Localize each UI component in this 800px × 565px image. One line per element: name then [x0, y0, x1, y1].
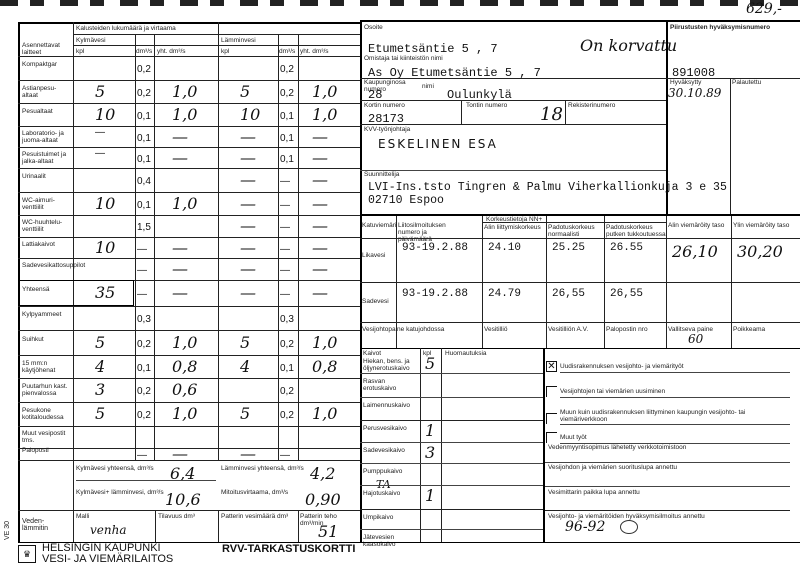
address-note: On korvattu — [580, 36, 677, 55]
hot-flow-cell: — — [280, 289, 290, 300]
fixture-name: Puutarhun kast. pienvalossa — [22, 383, 72, 397]
returned-label: Palautettu — [732, 79, 761, 86]
pressure-value: 60 — [688, 332, 703, 346]
hot-flow-cell: — — [280, 222, 290, 233]
approved-value: 30.10.89 — [668, 86, 721, 100]
cold-flow-cell: 0,1 — [137, 363, 151, 374]
fixture-name: Pesualtaat — [22, 108, 72, 115]
sewer-cell-normal: 25.25 — [552, 242, 585, 254]
heater-label: Veden-lämmitin — [22, 518, 70, 532]
cold-flow-cell: 0,4 — [137, 176, 151, 187]
scan-top-edge — [0, 0, 800, 6]
approved-label: Hyväksytty — [670, 79, 701, 86]
sewer-cell-max-level: 30,20 — [737, 242, 783, 261]
hot-total-value: 4,2 — [310, 464, 335, 483]
sewer-header: Alin viemäröity taso — [668, 222, 730, 229]
cold-total-cell: 0,8 — [172, 357, 197, 376]
well-name: Rasvan erotuskaivo — [363, 378, 419, 392]
cold-flow-cell: 0,2 — [137, 339, 151, 350]
cold-total-cell: 1,0 — [172, 404, 197, 423]
fixture-name: Paloposti — [22, 447, 72, 454]
total-box — [18, 280, 134, 306]
fixture-name: Urinaalit — [22, 173, 72, 180]
sale-contract-label: Vedenmyyntisopimus lähetetty verkkotoimi… — [548, 444, 686, 451]
col-total-hot: yht. dm³/s — [300, 48, 329, 55]
cold-total-cell: — — [172, 148, 188, 167]
sewer-header: Padotuskorkeus putken tukkoutuessa — [606, 224, 668, 238]
hot-kpl-cell: — — [240, 216, 256, 235]
hot-total-cell: — — [312, 148, 328, 167]
plot-label: Tontin numero — [466, 102, 507, 109]
wells-header: Kaivot — [363, 350, 381, 357]
hot-kpl-cell: — — [240, 148, 256, 167]
hot-kpl-cell: — — [240, 170, 256, 189]
hot-flow-cell: 0,1 — [280, 133, 294, 144]
col-total-cold: yht. dm³/s — [157, 48, 186, 55]
cold-total-cell: 1,0 — [172, 194, 197, 213]
fixture-name: Sadevesikattosuppilot — [22, 262, 72, 269]
hot-flow-cell: 0,2 — [280, 386, 294, 397]
work-type-checkbox[interactable]: ✕ — [546, 361, 557, 372]
hot-total-cell: — — [312, 127, 328, 146]
cold-total-cell: 1,0 — [172, 105, 197, 124]
well-name: Laimennuskaivo — [363, 402, 419, 409]
well-name: Hajotuskaivo — [363, 490, 419, 497]
cold-total-cell: — — [172, 259, 188, 278]
hot-total-cell: — — [312, 238, 328, 257]
hot-kpl-cell: — — [240, 259, 256, 278]
signature-stamp-icon — [620, 520, 638, 534]
hot-flow-cell: 0,1 — [280, 154, 294, 165]
issuer-line2: VESI- JA VIEMÄRILAITOS — [42, 553, 173, 565]
sewer-cell-type: Likavesi — [362, 252, 385, 259]
foreman-label: KVV-työnjohtaja — [364, 126, 410, 133]
well-name: Sadevesikaivo — [363, 447, 419, 454]
col-kpl-cold: kpl — [76, 48, 84, 55]
city-crest-icon: ♛ — [18, 545, 36, 563]
well-kpl: 1 — [425, 421, 435, 440]
sewer-cell-type: Sadevesi — [362, 298, 389, 305]
cold-kpl-cell: 10 — [95, 194, 115, 213]
hot-flow-cell: 0,2 — [280, 410, 294, 421]
fixture-name: 15 mm:n käytjöhenat — [22, 360, 72, 374]
cold-total-cell: 1,0 — [172, 82, 197, 101]
sewer-cell-lowest: 24.79 — [488, 288, 521, 300]
col-kpl-hot: kpl — [221, 48, 229, 55]
fixture-name: Pesukone kotitaloudessa — [22, 407, 72, 421]
water-header: Palopostin nro — [606, 326, 648, 333]
hot-flow-cell: 0,2 — [280, 88, 294, 99]
sewer-header: Alin liittymiskorkeus — [484, 224, 546, 231]
cold-total-cell: 1,0 — [172, 333, 197, 352]
combined-value: 10,6 — [165, 490, 201, 509]
cold-total-cell: — — [172, 238, 188, 257]
cold-flow-cell: 0,3 — [137, 314, 151, 325]
hot-flow-cell: 0,1 — [280, 363, 294, 374]
hot-flow-cell: — — [280, 244, 290, 255]
cold-flow-cell: 0,1 — [137, 154, 151, 165]
cold-total-label: Kylmävesi yhteensä, dm³/s — [76, 465, 154, 472]
wells-notes-header: Huomautuksia — [445, 350, 487, 357]
work-type-label: Uudisrakennuksen vesijohto- ja viemärity… — [560, 363, 760, 370]
cold-flow-cell: — — [137, 244, 147, 255]
hot-total-cell: — — [312, 170, 328, 189]
combined-label: Kylmävesi+ lämminvesi, dm³/s — [76, 489, 164, 496]
cold-kpl-cell: 3 — [95, 380, 105, 399]
water-header: Poikkeama — [733, 326, 765, 333]
address-value: Etumetsäntie 5 , 7 — [368, 42, 498, 56]
district-name-label: nimi — [422, 83, 434, 90]
sewer-cell-normal: 26,55 — [552, 288, 585, 300]
fixture-name: WC-aimuri-venttiilit — [22, 197, 72, 211]
sewer-cell-lowest: 24.10 — [488, 242, 521, 254]
hot-total-cell: 1,0 — [312, 404, 337, 423]
cold-total-cell: — — [172, 283, 188, 302]
cold-flow-cell: 0,2 — [137, 64, 151, 75]
hot-total-cell: 1,0 — [312, 333, 337, 352]
cold-flow-cell: 0,2 — [137, 88, 151, 99]
well-kpl: 3 — [425, 443, 435, 462]
water-header: Vesitilliön A.V. — [548, 326, 588, 333]
corner-note: 629,- — [746, 1, 782, 17]
cold-kpl-cell: 5 — [95, 82, 105, 101]
hot-flow-cell: — — [280, 200, 290, 211]
sewer-cell-notice: 93-19.2.88 — [402, 242, 468, 254]
fixture-name: Lattiakaivot — [22, 241, 72, 248]
water-header: Vesijohtopaine katujohdossa — [362, 326, 444, 333]
cold-water-label: Kylmävesi — [76, 37, 106, 44]
cold-flow-cell: 0,1 — [137, 133, 151, 144]
work-type-checkbox[interactable] — [546, 432, 557, 443]
cold-flow-cell: 0,1 — [137, 111, 151, 122]
fixture-name: Suihkut — [22, 336, 72, 343]
hot-flow-cell: — — [280, 176, 290, 187]
heater-model-label: Malli — [76, 513, 89, 520]
fixture-name: Kylpyammeet — [22, 311, 72, 318]
sewer-cell-blocked: 26,55 — [610, 288, 643, 300]
work-type-checkbox[interactable] — [546, 386, 557, 397]
work-type-label: Vesijohtojen tai viemärien uusiminen — [560, 388, 760, 395]
hot-total-cell: 1,0 — [312, 105, 337, 124]
hot-kpl-cell: — — [240, 194, 256, 213]
cold-kpl-cell: 10 — [95, 238, 115, 257]
fixture-name: Muut vesipostit tms. — [22, 430, 72, 444]
hot-flow-cell: 0,3 — [280, 314, 294, 325]
well-name: Pumppukaivo — [363, 468, 419, 475]
hot-flow-cell: 0,2 — [280, 64, 294, 75]
hot-kpl-cell: 10 — [240, 105, 260, 124]
hot-total-cell: 1,0 — [312, 82, 337, 101]
hot-kpl-cell: 5 — [240, 404, 250, 423]
hot-kpl-cell: 5 — [240, 82, 250, 101]
col-flow-cold: dm³/s — [136, 48, 152, 55]
hot-kpl-cell: — — [240, 283, 256, 302]
cold-kpl-cell: 4 — [95, 357, 105, 376]
hot-kpl-cell: — — [240, 238, 256, 257]
hot-flow-cell: 0,2 — [280, 339, 294, 350]
designer-label: Suunnittelija — [364, 171, 399, 178]
fixture-name: WC-huuhtelu-venttiilit — [22, 219, 72, 233]
cold-flow-cell: 1,5 — [137, 222, 151, 233]
sewer-header: Ylin viemäröity taso — [733, 222, 795, 229]
work-type-label: Muut työt — [560, 434, 760, 441]
well-kpl: 5 — [425, 354, 435, 373]
fixture-name: Astianpesu-altaat — [22, 85, 72, 99]
form-code: VE 30 — [4, 521, 11, 540]
well-name: Hiekan, bens. ja öljynerotuskaivo — [363, 358, 419, 372]
designer-line1: LVI-Ins.tsto Tingren & Palmu Viherkallio… — [368, 181, 727, 194]
cold-kpl-cell: — — [95, 127, 105, 138]
cold-flow-cell: — — [137, 289, 147, 300]
document-title: RVV-TARKASTUSKORTTI — [222, 543, 355, 555]
hot-total-cell: 0,8 — [312, 357, 337, 376]
sewer-header: Liitosilmoituksen numero ja päivämäärä — [398, 222, 460, 243]
heater-volume-label: Tilavuus dm³ — [158, 513, 195, 520]
approval-notice-value: 96-92 — [565, 519, 605, 535]
foreman-value: ESKELINEN ESA — [378, 137, 498, 151]
col-flow-hot: dm³/s — [279, 48, 295, 55]
hot-total-cell: — — [312, 259, 328, 278]
header-main: Kalusteiden lukumäärä ja virtaama — [76, 25, 176, 32]
heater-power-value: 51 — [318, 522, 338, 541]
heater-coil-label: Patterin vesimäärä dm³ — [221, 513, 288, 520]
row-header: Asennettavat laitteet — [22, 42, 72, 56]
sewer-cell-notice: 93-19.2.88 — [402, 288, 468, 300]
cold-flow-cell: 0,2 — [137, 386, 151, 397]
permit-connection-label: Vesijohdon ja viemärien suorituslupa ann… — [548, 464, 677, 471]
cold-kpl-cell: 10 — [95, 105, 115, 124]
hot-kpl-cell: — — [240, 127, 256, 146]
hot-kpl-cell: 4 — [240, 357, 250, 376]
fixture-name: Laboratorio- ja juoma-altaat — [22, 130, 72, 144]
card-label: Kortin numero — [364, 102, 405, 109]
cold-flow-cell: 0,2 — [137, 410, 151, 421]
cold-total-cell: — — [172, 127, 188, 146]
approval-label: Piirustusten hyväksymisnumero — [670, 24, 770, 31]
heater-model-value: venha — [90, 523, 127, 537]
meter-value: 0,90 — [305, 490, 341, 509]
work-type-checkbox[interactable] — [546, 413, 557, 424]
cold-flow-cell: 0,1 — [137, 200, 151, 211]
meter-label: Mitoitusvirtaama, dm³/s — [221, 489, 288, 496]
hot-flow-cell: 0,1 — [280, 111, 294, 122]
designer-line2: 02710 Espoo — [368, 194, 444, 207]
hot-total-cell: — — [312, 194, 328, 213]
fixture-name: Pesuistuimet ja jalka-altaat — [22, 151, 72, 165]
water-header: Vesitilliö — [484, 326, 507, 333]
cold-total-cell: 0,6 — [172, 380, 197, 399]
plot-value: 18 — [540, 104, 563, 125]
owner-label: Omistaja tai kiinteistön nimi — [364, 55, 443, 62]
hot-total-cell: — — [312, 216, 328, 235]
hot-total-cell: — — [312, 283, 328, 302]
hot-water-label: Lämminvesi — [221, 37, 256, 44]
hot-kpl-cell: 5 — [240, 333, 250, 352]
address-label: Osoite — [364, 24, 383, 31]
well-name: Jätevesien kaasokaivo — [363, 534, 419, 548]
well-name: Umpikaivo — [363, 514, 419, 521]
cold-kpl-cell: 5 — [95, 404, 105, 423]
cold-flow-cell: — — [137, 265, 147, 276]
register-label: Rekisterinumero — [568, 102, 615, 109]
sewer-cell-min-level: 26,10 — [672, 242, 718, 261]
meter-permit-label: Vesimittarin paikka lupa annettu — [548, 489, 640, 496]
sewer-cell-blocked: 26.55 — [610, 242, 643, 254]
cold-kpl-cell: — — [95, 148, 105, 159]
well-kpl: 1 — [425, 486, 435, 505]
fixture-name: Kompaktgar — [22, 61, 72, 68]
hot-total-label: Lämminvesi yhteensä, dm³/s — [221, 465, 304, 472]
well-name: Perusvesikaivo — [363, 425, 419, 432]
cold-kpl-cell: 5 — [95, 333, 105, 352]
hot-flow-cell: — — [280, 265, 290, 276]
work-type-label: Muun kuin uudisrakennuksen liittyminen k… — [560, 409, 760, 423]
sewer-header: Padotuskorkeus normaalisti — [548, 224, 610, 238]
